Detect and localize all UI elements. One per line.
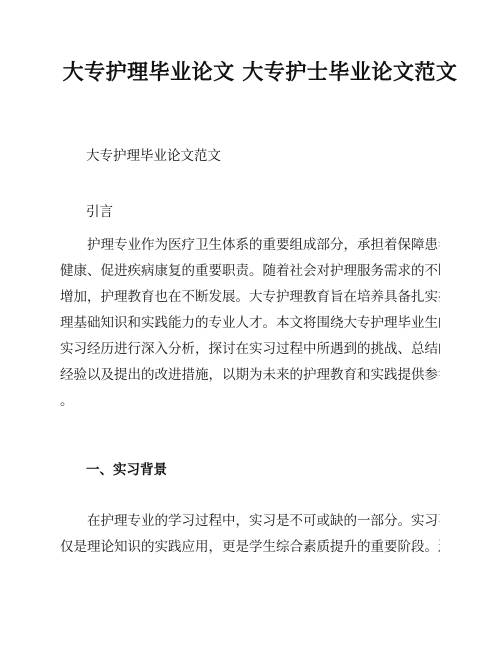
paragraph-line: 实习经历进行深入分析，探讨在实习过程中所遇到的挑战、总结的 — [60, 336, 440, 362]
document-subtitle: 大专护理毕业论文范文 — [86, 144, 221, 164]
paragraph-line: 护理专业作为医疗卫生体系的重要组成部分，承担着保障患者 — [60, 232, 440, 258]
paragraph-line: 经验以及提出的改进措施，以期为未来的护理教育和实践提供参考 — [60, 362, 440, 388]
intro-paragraph: 护理专业作为医疗卫生体系的重要组成部分，承担着保障患者 健康、促进疾病康复的重要… — [60, 232, 440, 414]
document-title: 大专护理毕业论文 大专护士毕业论文范文 — [60, 58, 460, 87]
paragraph-line: 理基础知识和实践能力的专业人才。本文将围绕大专护理毕业生的 — [60, 310, 440, 336]
document-page: 大专护理毕业论文 大专护士毕业论文范文 大专护理毕业论文范文 引言 护理专业作为… — [0, 0, 500, 647]
paragraph-line: 在护理专业的学习过程中，实习是不可或缺的一部分。实习不 — [60, 508, 440, 534]
paragraph-line: 。 — [60, 388, 440, 414]
intro-heading: 引言 — [86, 200, 113, 220]
paragraph-line: 健康、促进疾病康复的重要职责。随着社会对护理服务需求的不断 — [60, 258, 440, 284]
section-1-paragraph: 在护理专业的学习过程中，实习是不可或缺的一部分。实习不 仅是理论知识的实践应用，… — [60, 508, 440, 560]
section-heading-internship-background: 一、实习背景 — [86, 458, 167, 478]
paragraph-line: 仅是理论知识的实践应用，更是学生综合素质提升的重要阶段。通 — [60, 534, 440, 560]
paragraph-line: 增加，护理教育也在不断发展。大专护理教育旨在培养具备扎实护 — [60, 284, 440, 310]
